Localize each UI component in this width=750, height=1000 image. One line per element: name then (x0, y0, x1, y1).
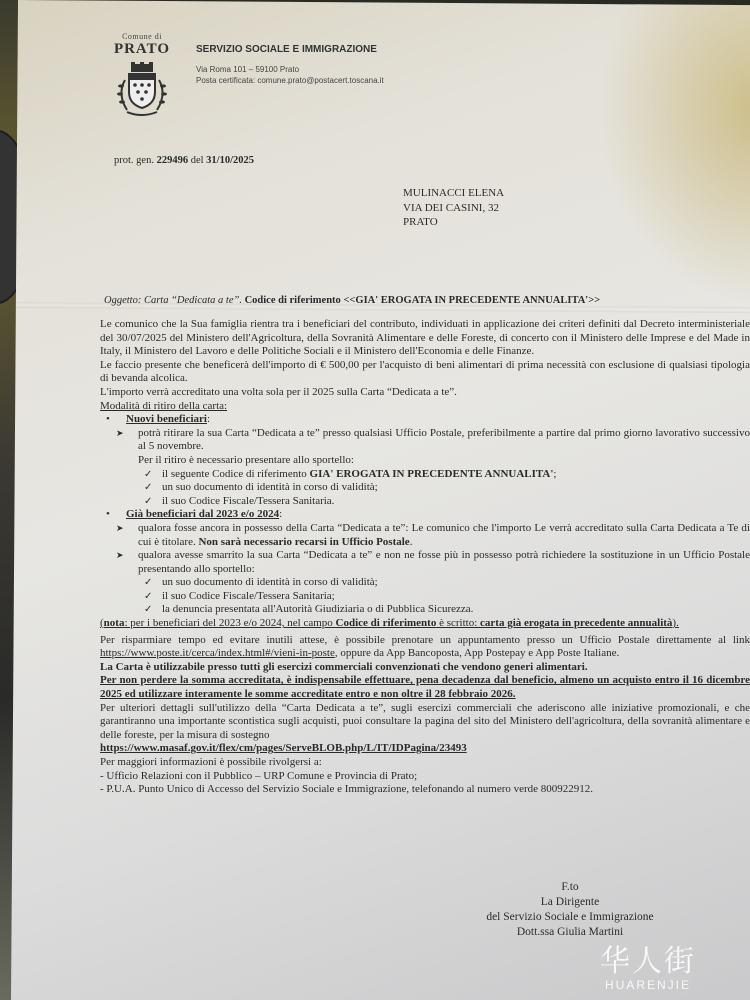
protocol-prefix: prot. gen. (114, 155, 154, 166)
checkmark-icon: ✓ (144, 590, 152, 604)
poste-appointment-link[interactable]: https://www.poste.it/cerca/index.html#/v… (100, 647, 335, 659)
department-title: SERVIZIO SOCIALE E IMMIGRAZIONE (196, 44, 384, 55)
new-beneficiaries-heading: Nuovi beneficiari (126, 413, 207, 425)
check-end: ; (553, 468, 556, 480)
signed-mark: F.to (460, 880, 680, 895)
requirement-intro: Per il ritiro è necessario presentare al… (100, 454, 750, 468)
note-paragraph: (nota: per i beneficiari del 2023 e/o 20… (100, 617, 750, 631)
recipient-city: PRATO (403, 215, 504, 230)
paper-shadow (596, 4, 750, 305)
new-item-text: potrà ritirare la sua Carta “Dedicata a … (138, 427, 750, 453)
replacement-requirement: ✓ il suo Codice Fiscale/Tessera Sanitari… (100, 590, 750, 604)
note-text: : per i beneficiari del 2023 e/o 2024, n… (124, 617, 335, 629)
checkmark-icon: ✓ (144, 603, 152, 617)
protocol-date: 31/10/2025 (206, 155, 254, 166)
city-name: PRATO (100, 41, 184, 58)
certified-email: Posta certificata: comune.prato@postacer… (196, 75, 384, 86)
letter-body: Le comunico che la Sua famiglia rientra … (100, 318, 750, 797)
previous-item-card-owned: ➤ qualora fosse ancora in possesso della… (112, 522, 750, 549)
replacement-requirement: ✓ la denuncia presentata all'Autorità Gi… (100, 603, 750, 617)
comune-label: Comune di (100, 32, 184, 41)
watermark-chinese: 华人街 (600, 936, 696, 980)
arrow-bullet-icon: ➤ (116, 427, 124, 441)
note-field: Codice di riferimento (336, 617, 437, 629)
subject-line: Oggetto: Carta “Dedicata a te”. Codice d… (104, 295, 600, 306)
card-usable-notice: La Carta è utilizzabile presso tutti gli… (100, 661, 588, 673)
check-text: il seguente Codice di riferimento (162, 468, 310, 480)
appointment-text: Per risparmiare tempo ed evitare inutili… (100, 634, 750, 646)
watermark: 华人街 HUARENJIE (600, 936, 696, 992)
credit-paragraph: L'importo verrà accreditato una volta so… (100, 386, 750, 400)
details-paragraph: Per ulteriori dettagli sull'utilizzo del… (100, 702, 750, 743)
recipient-street: VIA DEI CASINI, 32 (403, 201, 504, 216)
new-beneficiaries-item: ➤ potrà ritirare la sua Carta “Dedicata … (112, 427, 750, 454)
collection-heading: Modalità di ritiro della carta: (100, 400, 227, 412)
note-label: nota (104, 617, 125, 629)
appointment-paragraph: Per risparmiare tempo ed evitare inutili… (100, 634, 750, 661)
letterhead-text: SERVIZIO SOCIALE E IMMIGRAZIONE Via Roma… (196, 44, 384, 86)
signature-block: F.to La Dirigente del Servizio Sociale e… (460, 880, 680, 940)
check-text: un suo documento di identità in corso di… (162, 481, 378, 493)
requirement-item: ✓ un suo documento di identità in corso … (100, 481, 750, 495)
previous-item2-text: qualora avesse smarrito la sua Carta “De… (138, 549, 750, 575)
checkmark-icon: ✓ (144, 481, 152, 495)
note-mid: è scritto: (436, 617, 480, 629)
watermark-latin: HUARENJIE (600, 978, 696, 992)
note-value: carta già erogata in precedente annualit… (480, 617, 672, 629)
checkmark-icon: ✓ (144, 468, 152, 482)
reference-code: GIA' EROGATA IN PRECEDENTE ANNUALITA' (310, 468, 554, 480)
previous-beneficiaries-heading: Già beneficiari dal 2023 e/o 2024 (126, 508, 279, 520)
deadline-notice: Per non perdere la somma accreditata, è … (100, 674, 750, 700)
replacement-requirement: ✓ un suo documento di identità in corso … (100, 576, 750, 590)
coat-of-arms-icon (111, 62, 173, 120)
masaf-link[interactable]: https://www.masaf.gov.it/flex/cm/pages/S… (100, 742, 467, 754)
appointment-text-end: , oppure da App Bancoposta, App Postepay… (335, 647, 619, 659)
arrow-bullet-icon: ➤ (116, 522, 124, 536)
department-address: Via Roma 101 – 59100 Prato (196, 64, 384, 75)
new-beneficiaries-section: • Nuovi beneficiari: (100, 413, 750, 427)
arrow-bullet-icon: ➤ (116, 549, 124, 563)
checkmark-icon: ✓ (144, 495, 152, 509)
checkmark-icon: ✓ (144, 576, 152, 590)
bullet-icon: • (106, 413, 110, 427)
previous-item1-bold: Non sarà necessario recarsi in Ufficio P… (198, 536, 409, 548)
protocol-id: 229496 (157, 155, 189, 166)
contact-urp: - Ufficio Relazioni con il Pubblico – UR… (100, 770, 750, 784)
protocol-number: prot. gen. 229496 del 31/10/2025 (114, 155, 254, 166)
recipient-address: MULINACCI ELENA VIA DEI CASINI, 32 PRATO (403, 186, 504, 230)
subject-code-value: <<GIA' EROGATA IN PRECEDENTE ANNUALITA'>… (343, 295, 600, 306)
recipient-name: MULINACCI ELENA (403, 186, 504, 201)
contact-pua: - P.U.A. Punto Unico di Accesso del Serv… (100, 783, 750, 797)
check-text: la denuncia presentata all'Autorità Giud… (162, 603, 473, 615)
subject-code-label: Codice di riferimento (245, 295, 341, 306)
requirement-item: ✓ il seguente Codice di riferimento GIA'… (100, 468, 750, 482)
check-text: il suo Codice Fiscale/Tessera Sanitaria; (162, 590, 335, 602)
intro-paragraph: Le comunico che la Sua famiglia rientra … (100, 318, 750, 359)
requirement-item: ✓ il suo Codice Fiscale/Tessera Sanitari… (100, 495, 750, 509)
subject-label: Oggetto: Carta “Dedicata a te”. (104, 295, 242, 306)
signer-role: La Dirigente (460, 895, 680, 910)
check-text: il suo Codice Fiscale/Tessera Sanitaria. (162, 495, 334, 507)
bullet-icon: • (106, 508, 110, 522)
previous-beneficiaries-section: • Già beneficiari dal 2023 e/o 2024: (100, 508, 750, 522)
check-text: un suo documento di identità in corso di… (162, 576, 378, 588)
municipality-logo: Comune di PRATO (100, 32, 184, 120)
signer-department: del Servizio Sociale e Immigrazione (460, 910, 680, 925)
previous-item-card-lost: ➤ qualora avesse smarrito la sua Carta “… (112, 549, 750, 576)
contacts-intro: Per maggiori informazioni è possibile ri… (100, 756, 750, 770)
protocol-del: del (191, 155, 204, 166)
amount-paragraph: Le faccio presente che beneficerà dell'i… (100, 359, 750, 386)
